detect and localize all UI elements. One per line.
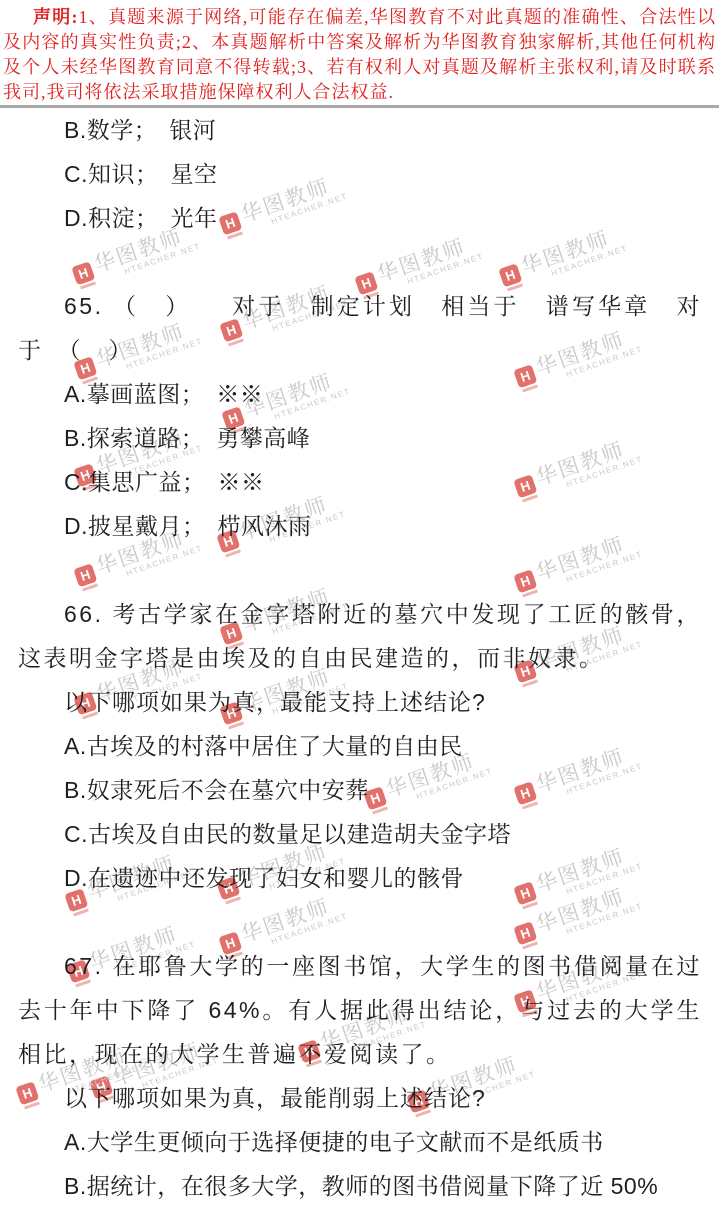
option-item: A.摹画蓝图； ※※	[18, 372, 702, 416]
question-text: 67. 在耶鲁大学的一座图书馆，大学生的图书借阅量在过去十年中下降了 64%。有…	[18, 944, 702, 1076]
option-item: D.披星戴月； 栉风沐雨	[18, 504, 702, 548]
option-item: B.据统计，在很多大学，教师的图书借阅量下降了近 50%	[18, 1164, 702, 1208]
question-prompt: 以下哪项如果为真，最能削弱上述结论?	[18, 1076, 702, 1120]
option-item: C.集思广益； ※※	[18, 460, 702, 504]
question-text: 66. 考古学家在金字塔附近的墓穴中发现了工匠的骸骨，这表明金字塔是由埃及的自由…	[18, 592, 702, 680]
disclaimer-notice: 声明:1、真题来源于网络,可能存在偏差,华图教育不对此真题的准确性、合法性以及内…	[0, 0, 719, 105]
option-item: B.探索道路； 勇攀高峰	[18, 416, 702, 460]
option-item: B.奴隶死后不会在墓穴中安葬	[18, 768, 702, 812]
option-item: D.积淀； 光年	[18, 196, 702, 240]
question-text: 65. （ ） 对于 制定计划 相当于 谱写华章 对于 （ ）	[18, 284, 702, 372]
option-item: C.知识； 星空	[18, 152, 702, 196]
disclaimer-label: 声明:	[3, 7, 79, 27]
option-item: D.在遗迹中还发现了妇女和婴儿的骸骨	[18, 856, 702, 900]
option-item: A.古埃及的村落中居住了大量的自由民	[18, 724, 702, 768]
option-item: C.古埃及自由民的数量足以建造胡夫金字塔	[18, 812, 702, 856]
option-item: B.数学； 银河	[18, 108, 702, 152]
question-prompt: 以下哪项如果为真，最能支持上述结论?	[18, 680, 702, 724]
document-content: B.数学； 银河C.知识； 星空D.积淀； 光年65. （ ） 对于 制定计划 …	[0, 108, 719, 1208]
document-page: H 华图教师 HTEACHER.NET H 华图教师 HTEACHER.NET …	[0, 0, 719, 1218]
option-item: A.大学生更倾向于选择便捷的电子文献而不是纸质书	[18, 1120, 702, 1164]
disclaimer-text: 1、真题来源于网络,可能存在偏差,华图教育不对此真题的准确性、合法性以及内容的真…	[3, 7, 716, 102]
